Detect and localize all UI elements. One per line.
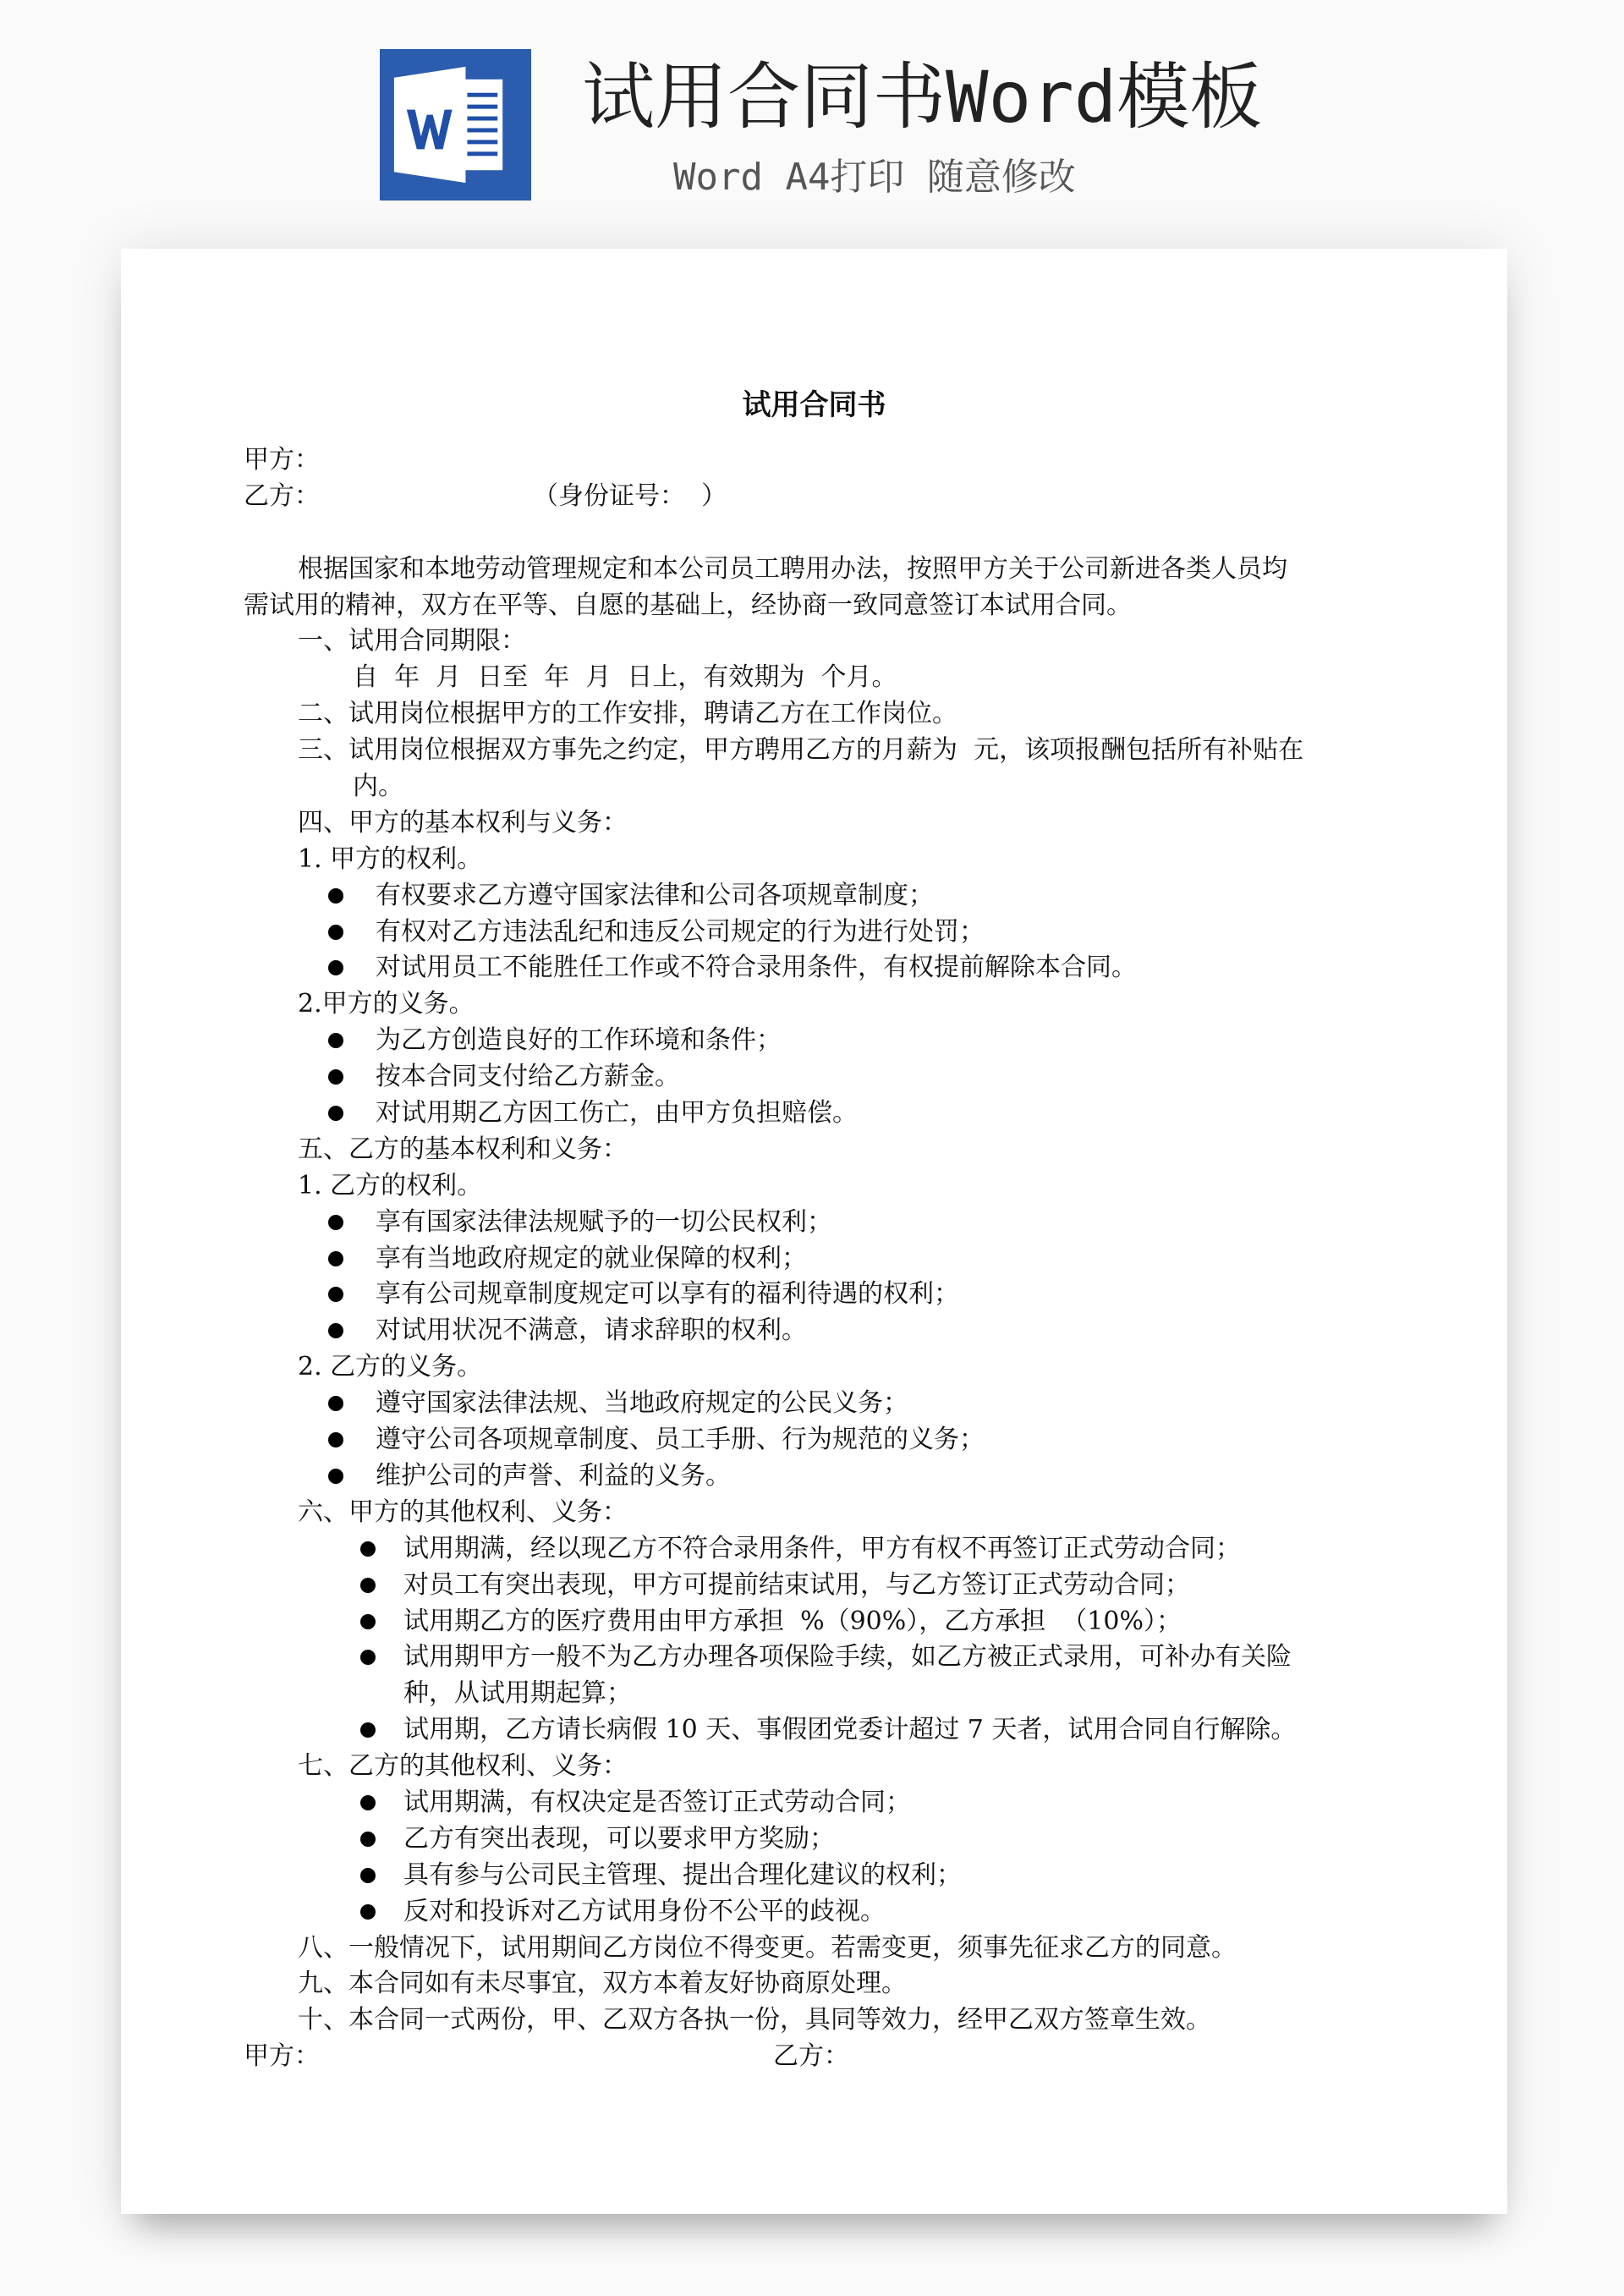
- subsection-heading: 1. 甲方的权利。: [244, 842, 1394, 878]
- list-item: 对试用员工不能胜任工作或不符合录用条件，有权提前解除本合同。: [244, 950, 1394, 986]
- bullet-icon: [328, 1323, 343, 1338]
- list-item: 试用期满，经以现乙方不符合录用条件，甲方有权不再签订正式劳动合同；: [244, 1531, 1394, 1568]
- section-9: 九、本合同如有未尽事宜，双方本着友好协商原处理。: [244, 1966, 1394, 2002]
- bullet-icon: [328, 1251, 343, 1266]
- signature-party-b: 乙方：: [773, 2039, 849, 2075]
- party-a-line: 甲方：: [244, 442, 1394, 479]
- party-b-label: 乙方：: [244, 481, 320, 511]
- bullet-icon: [360, 1868, 376, 1883]
- bullet-icon: [360, 1541, 376, 1557]
- list-item: 遵守公司各项规章制度、员工手册、行为规范的义务；: [244, 1422, 1394, 1458]
- list-item: 有权要求乙方遵守国家法律和公司各项规章制度；: [244, 878, 1394, 915]
- intro-line: 根据国家和本地劳动管理规定和本公司员工聘用办法，按照甲方关于公司新进各类人员均: [244, 552, 1394, 588]
- title-cn: 试用合同书: [582, 55, 946, 140]
- section-heading: 四、甲方的基本权利与义务：: [244, 805, 1394, 842]
- list-item: 维护公司的声誉、利益的义务。: [244, 1458, 1394, 1495]
- template-subtitle: Word A4打印 随意修改: [673, 152, 1076, 203]
- template-title: 试用合同书Word模板: [582, 51, 1262, 144]
- bullet-icon: [328, 1287, 343, 1302]
- signature-party-a: 甲方：: [244, 2041, 320, 2071]
- bullet-icon: [360, 1614, 376, 1629]
- document-title: 试用合同书: [121, 387, 1507, 424]
- section-8: 八、一般情况下，试用期间乙方岗位不得变更。若需变更，须事先征求乙方的同意。: [244, 1931, 1394, 1967]
- list-item: 对试用期乙方因工伤亡，由甲方负担赔偿。: [244, 1096, 1394, 1132]
- bullet-icon: [360, 1795, 376, 1810]
- bullet-icon: [328, 888, 343, 904]
- subsection-heading: 2. 乙方的义务。: [244, 1349, 1394, 1386]
- bullet-icon: [360, 1904, 376, 1920]
- party-b-line: 乙方：（身份证号： ）: [244, 479, 1394, 515]
- list-item: 试用期乙方的医疗费用由甲方承担 %（90%），乙方承担 （10%）；: [244, 1604, 1394, 1640]
- list-item: 具有参与公司民主管理、提出合理化建议的权利；: [244, 1858, 1394, 1894]
- section-heading: 五、乙方的基本权利和义务：: [244, 1132, 1394, 1168]
- section-heading: 二、试用岗位根据甲方的工作安排，聘请乙方在工作岗位。: [244, 696, 1394, 733]
- bullet-icon: [328, 1033, 343, 1048]
- bullet-icon: [328, 1106, 343, 1121]
- bullet-icon: [360, 1722, 376, 1738]
- list-item: 遵守国家法律法规、当地政府规定的公民义务；: [244, 1386, 1394, 1422]
- document-body: 甲方： 乙方：（身份证号： ） 根据国家和本地劳动管理规定和本公司员工聘用办法，…: [244, 442, 1394, 2075]
- blank-line: [244, 515, 1394, 552]
- section-heading: 六、甲方的其他权利、义务：: [244, 1495, 1394, 1531]
- bullet-icon: [328, 960, 343, 975]
- bullet-icon: [328, 1432, 343, 1447]
- word-logo-icon: [380, 49, 531, 200]
- list-item: 乙方有突出表现，可以要求甲方奖励；: [244, 1821, 1394, 1858]
- list-item: 为乙方创造良好的工作环境和条件；: [244, 1023, 1394, 1059]
- title-cn-suffix: 模板: [1116, 55, 1262, 140]
- bullet-icon: [328, 1215, 343, 1230]
- list-item-continuation: 种，从试用期起算；: [244, 1676, 1394, 1712]
- subsection-heading: 2.甲方的义务。: [244, 986, 1394, 1023]
- bullet-icon: [360, 1832, 376, 1847]
- term-line: 自 年 月 日至 年 月 日上，有效期为 个月。: [244, 660, 1394, 696]
- section-heading: 七、乙方的其他权利、义务：: [244, 1749, 1394, 1785]
- list-item: 享有国家法律法规赋予的一切公民权利；: [244, 1205, 1394, 1241]
- list-item: 试用期满，有权决定是否签订正式劳动合同；: [244, 1785, 1394, 1821]
- document-page: 试用合同书 甲方： 乙方：（身份证号： ） 根据国家和本地劳动管理规定和本公司员…: [121, 249, 1507, 2214]
- list-item: 反对和投诉对乙方试用身份不公平的歧视。: [244, 1894, 1394, 1931]
- bullet-icon: [328, 1396, 343, 1411]
- list-item: 试用期，乙方请长病假 10 天、事假团党委计超过 7 天者，试用合同自行解除。: [244, 1712, 1394, 1749]
- section-heading: 一、试用合同期限：: [244, 623, 1394, 660]
- subsection-heading: 1. 乙方的权利。: [244, 1168, 1394, 1205]
- bullet-icon: [328, 925, 343, 940]
- bullet-icon: [360, 1578, 376, 1593]
- list-item: 对试用状况不满意，请求辞职的权利。: [244, 1313, 1394, 1349]
- party-a-label: 甲方：: [244, 445, 320, 475]
- bullet-icon: [328, 1069, 343, 1085]
- section-10: 十、本合同一式两份，甲、乙双方各执一份，具同等效力，经甲乙双方签章生效。: [244, 2002, 1394, 2039]
- salary-line: 内。: [244, 769, 1394, 805]
- signature-row: 甲方： 乙方：: [244, 2039, 1394, 2075]
- salary-line: 三、试用岗位根据双方事先之约定，甲方聘用乙方的月薪为 元，该项报酬包括所有补贴在: [244, 733, 1394, 769]
- id-number-field: （身份证号： ）: [533, 479, 727, 515]
- title-latin: Word: [946, 56, 1116, 139]
- list-item: 试用期甲方一般不为乙方办理各项保险手续，如乙方被正式录用，可补办有关险: [244, 1640, 1394, 1676]
- bullet-icon: [360, 1650, 376, 1665]
- bullet-icon: [328, 1469, 343, 1484]
- list-item: 按本合同支付给乙方薪金。: [244, 1059, 1394, 1096]
- intro-line: 需试用的精神，双方在平等、自愿的基础上，经协商一致同意签订本试用合同。: [244, 588, 1394, 624]
- list-item: 对员工有突出表现，甲方可提前结束试用，与乙方签订正式劳动合同；: [244, 1568, 1394, 1604]
- list-item: 有权对乙方违法乱纪和违反公司规定的行为进行处罚；: [244, 915, 1394, 951]
- list-item: 享有当地政府规定的就业保障的权利；: [244, 1241, 1394, 1277]
- list-item: 享有公司规章制度规定可以享有的福利待遇的权利；: [244, 1277, 1394, 1313]
